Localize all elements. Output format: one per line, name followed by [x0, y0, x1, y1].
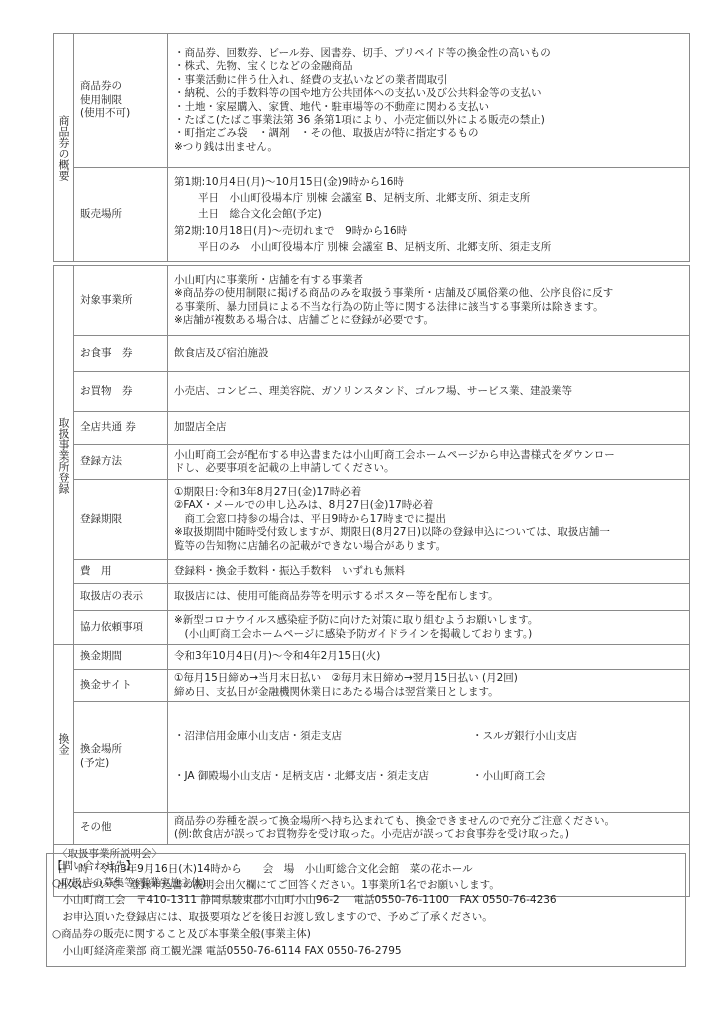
target-business-label: 対象事業所 [74, 266, 168, 336]
contact-box: 【問い合わせ先】 ○取扱店の募集等(事業実施主体) 小山町商工会 〒410-13… [46, 853, 686, 967]
registration-table: 取扱事業所登録 対象事業所 小山町内に事業所・店舗を有する事業者 ※商品券の使用… [53, 265, 690, 897]
shopping-voucher-row: お買物 券 小売店、コンビニ、理美容院、ガソリンスタンド、ゴルフ場、サービス業、… [54, 372, 690, 412]
exchange-cycle-content: ①毎月15日締め→当月末日払い ②毎月末日締め→翌月15日払い (月2回) 締め… [168, 670, 690, 702]
common-voucher-row: 全店共通 券 加盟店全店 [54, 412, 690, 445]
registration-method-row: 登録方法 小山町商工会が配布する申込書または小山町商工会ホームページから申込書様… [54, 445, 690, 480]
target-business-row: 取扱事業所登録 対象事業所 小山町内に事業所・店舗を有する事業者 ※商品券の使用… [54, 266, 690, 336]
voucher-overview-table: 商品券の概要 商品券の 使用制限 (使用不可) ・商品券、回数券、ビール券、図書… [53, 33, 690, 262]
exchange-location-col1: ・沼津信用金庫小山支店・須走支店 ・JA 御殿場小山支店・足柄支店・北郷支店・須… [174, 703, 472, 811]
meal-voucher-content: 飲食店及び宿泊施設 [168, 336, 690, 372]
exchange-location-col2: ・スルガ銀行小山支店 ・小山町商工会 [472, 703, 577, 811]
exchange-period-content: 令和3年10月4日(月)～令和4年2月15日(火) [168, 645, 690, 670]
usage-restriction-content: ・商品券、回数券、ビール券、図書券、切手、プリペイド等の換金性の高いもの ・株式… [168, 34, 690, 168]
contact-org1-address: 小山町商工会 〒410-1311 静岡県駿東郡小山町小山96-2 電話0550-… [52, 892, 680, 909]
cooperation-request-row: 協力依頼事項 ※新型コロナウイルス感染症予防に向けた対策に取り組むようお願いしま… [54, 611, 690, 645]
store-display-label: 取扱店の表示 [74, 584, 168, 611]
common-voucher-label: 全店共通 券 [74, 412, 168, 445]
exchange-location-row: 換金場所 (予定) ・沼津信用金庫小山支店・須走支店 ・JA 御殿場小山支店・足… [54, 702, 690, 813]
usage-restriction-row: 商品券の概要 商品券の 使用制限 (使用不可) ・商品券、回数券、ビール券、図書… [54, 34, 690, 168]
exchange-location-label: 換金場所 (予定) [74, 702, 168, 813]
registration-method-label: 登録方法 [74, 445, 168, 480]
registration-method-content: 小山町商工会が配布する申込書または小山町商工会ホームページから申込書様式をダウン… [168, 445, 690, 480]
contact-org2-heading: ○商品券の販売に関すること及び本事業全般(事業主体) [52, 926, 680, 943]
store-display-content: 取扱店には、使用可能商品券等を明示するポスター等を配布します。 [168, 584, 690, 611]
exchange-period-row: 換金 換金期間 令和3年10月4日(月)～令和4年2月15日(火) [54, 645, 690, 670]
common-voucher-content: 加盟店全店 [168, 412, 690, 445]
contact-title: 【問い合わせ先】 [52, 858, 680, 875]
exchange-cycle-label: 換金サイト [74, 670, 168, 702]
cooperation-request-content: ※新型コロナウイルス感染症予防に向けた対策に取り組むようお願いします。 (小山町… [168, 611, 690, 645]
fees-label: 費 用 [74, 560, 168, 584]
contact-org1-heading: ○取扱店の募集等(事業実施主体) [52, 875, 680, 892]
shopping-voucher-content: 小売店、コンビニ、理美容院、ガソリンスタンド、ゴルフ場、サービス業、建設業等 [168, 372, 690, 412]
shopping-voucher-label: お買物 券 [74, 372, 168, 412]
exchange-period-label: 換金期間 [74, 645, 168, 670]
sales-location-content: 第1期:10月4日(月)～10月15日(金)9時から16時 平日 小山町役場本庁… [168, 168, 690, 262]
fees-content: 登録料・換金手数料・振込手数料 いずれも無料 [168, 560, 690, 584]
sales-location-row: 販売場所 第1期:10月4日(月)～10月15日(金)9時から16時 平日 小山… [54, 168, 690, 262]
exchange-other-content: 商品券の券種を誤って換金場所へ持ち込まれても、換金できませんので充分ご注意くださ… [168, 812, 690, 844]
fees-row: 費 用 登録料・換金手数料・振込手数料 いずれも無料 [54, 560, 690, 584]
exchange-other-label: その他 [74, 812, 168, 844]
meal-voucher-label: お食事 券 [74, 336, 168, 372]
store-display-row: 取扱店の表示 取扱店には、使用可能商品券等を明示するポスター等を配布します。 [54, 584, 690, 611]
contact-org1-note: お申込頂いた登録店には、取扱要項などを後日お渡し致しますので、予めご了承ください… [52, 909, 680, 926]
exchange-location-content: ・沼津信用金庫小山支店・須走支店 ・JA 御殿場小山支店・足柄支店・北郷支店・須… [168, 702, 690, 813]
registration-deadline-label: 登録期限 [74, 480, 168, 560]
contact-org2-address: 小山町経済産業部 商工観光課 電話0550-76-6114 FAX 0550-7… [52, 943, 680, 960]
usage-restriction-label: 商品券の 使用制限 (使用不可) [74, 34, 168, 168]
target-business-content: 小山町内に事業所・店舗を有する事業者 ※商品券の使用制限に掲げる商品のみを取扱う… [168, 266, 690, 336]
exchange-cycle-row: 換金サイト ①毎月15日締め→当月末日払い ②毎月末日締め→翌月15日払い (月… [54, 670, 690, 702]
section-exchange-label: 換金 [54, 645, 74, 845]
registration-deadline-content: ①期限日:令和3年8月27日(金)17時必着 ②FAX・メールでの申し込みは、8… [168, 480, 690, 560]
meal-voucher-row: お食事 券 飲食店及び宿泊施設 [54, 336, 690, 372]
cooperation-request-label: 協力依頼事項 [74, 611, 168, 645]
exchange-other-row: その他 商品券の券種を誤って換金場所へ持ち込まれても、換金できませんので充分ご注… [54, 812, 690, 844]
section-overview-label: 商品券の概要 [54, 34, 74, 262]
sales-location-label: 販売場所 [74, 168, 168, 262]
registration-deadline-row: 登録期限 ①期限日:令和3年8月27日(金)17時必着 ②FAX・メールでの申し… [54, 480, 690, 560]
section-registration-label: 取扱事業所登録 [54, 266, 74, 645]
